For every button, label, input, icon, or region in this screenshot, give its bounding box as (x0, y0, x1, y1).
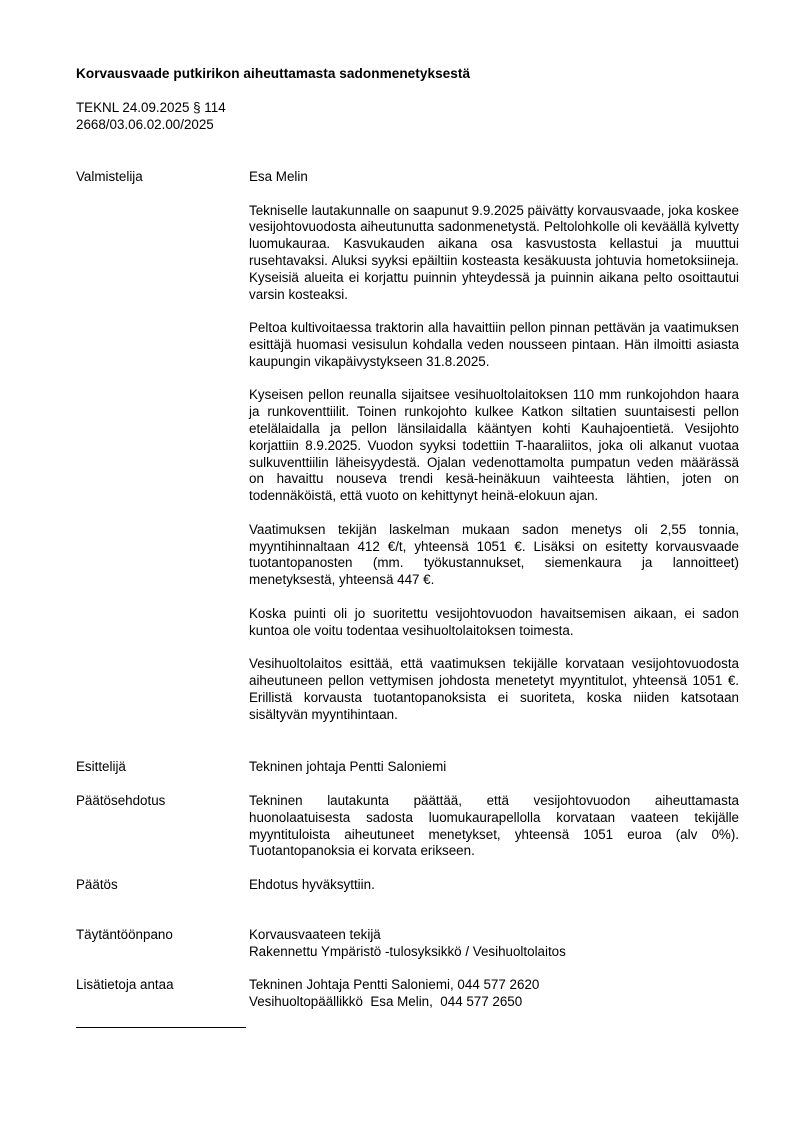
label-paatosehdotus: Päätösehdotus (76, 793, 165, 810)
paatos-value: Ehdotus hyväksyttiin. (249, 877, 739, 894)
label-lisatietoja: Lisätietoja antaa (76, 977, 174, 994)
paragraph-2: Peltoa kultivoitaessa traktorin alla hav… (249, 320, 739, 370)
recipient-claimant: Korvausvaateen tekijä (249, 927, 739, 944)
label-taytantoonpano: Täytäntöönpano (76, 927, 173, 944)
footer-divider (76, 1027, 246, 1028)
preparer-name: Esa Melin (249, 169, 739, 186)
record-number: 2668/03.06.02.00/2025 (76, 117, 226, 134)
paatosehdotus-value: Tekninen lautakunta päättää, että vesijo… (249, 793, 739, 860)
paragraph-3: Kyseisen pellon reunalla sijaitsee vesih… (249, 387, 739, 505)
taytantoonpano-value: Korvausvaateen tekijä Rakennettu Ympäris… (249, 927, 739, 961)
paragraph-1: Tekniselle lautakunnalle on saapunut 9.9… (249, 203, 739, 304)
lisatietoja-value: Tekninen Johtaja Pentti Saloniemi, 044 5… (249, 977, 739, 1011)
document-meta: TEKNL 24.09.2025 § 114 2668/03.06.02.00/… (76, 100, 226, 134)
contact-2: Vesihuoltopäällikkö Esa Melin, 044 577 2… (249, 994, 739, 1011)
label-valmistelija: Valmistelija (76, 169, 143, 186)
contact-1: Tekninen Johtaja Pentti Saloniemi, 044 5… (249, 977, 739, 994)
document-page: Korvausvaade putkirikon aiheuttamasta sa… (0, 0, 794, 1122)
label-esittelija: Esittelijä (76, 759, 126, 776)
paragraph-5: Koska puinti oli jo suoritettu vesijohto… (249, 606, 739, 640)
paragraph-4: Vaatimuksen tekijän laskelman mukaan sad… (249, 522, 739, 589)
recipient-unit: Rakennettu Ympäristö -tulosyksikkö / Ves… (249, 944, 739, 961)
label-paatos: Päätös (76, 877, 118, 894)
paragraph-6: Vesihuoltolaitos esittää, että vaatimuks… (249, 656, 739, 723)
valmistelija-content: Esa Melin Tekniselle lautakunnalle on sa… (249, 169, 739, 723)
esittelija-value: Tekninen johtaja Pentti Saloniemi (249, 759, 739, 776)
document-title: Korvausvaade putkirikon aiheuttamasta sa… (76, 66, 470, 83)
meeting-reference: TEKNL 24.09.2025 § 114 (76, 100, 226, 117)
